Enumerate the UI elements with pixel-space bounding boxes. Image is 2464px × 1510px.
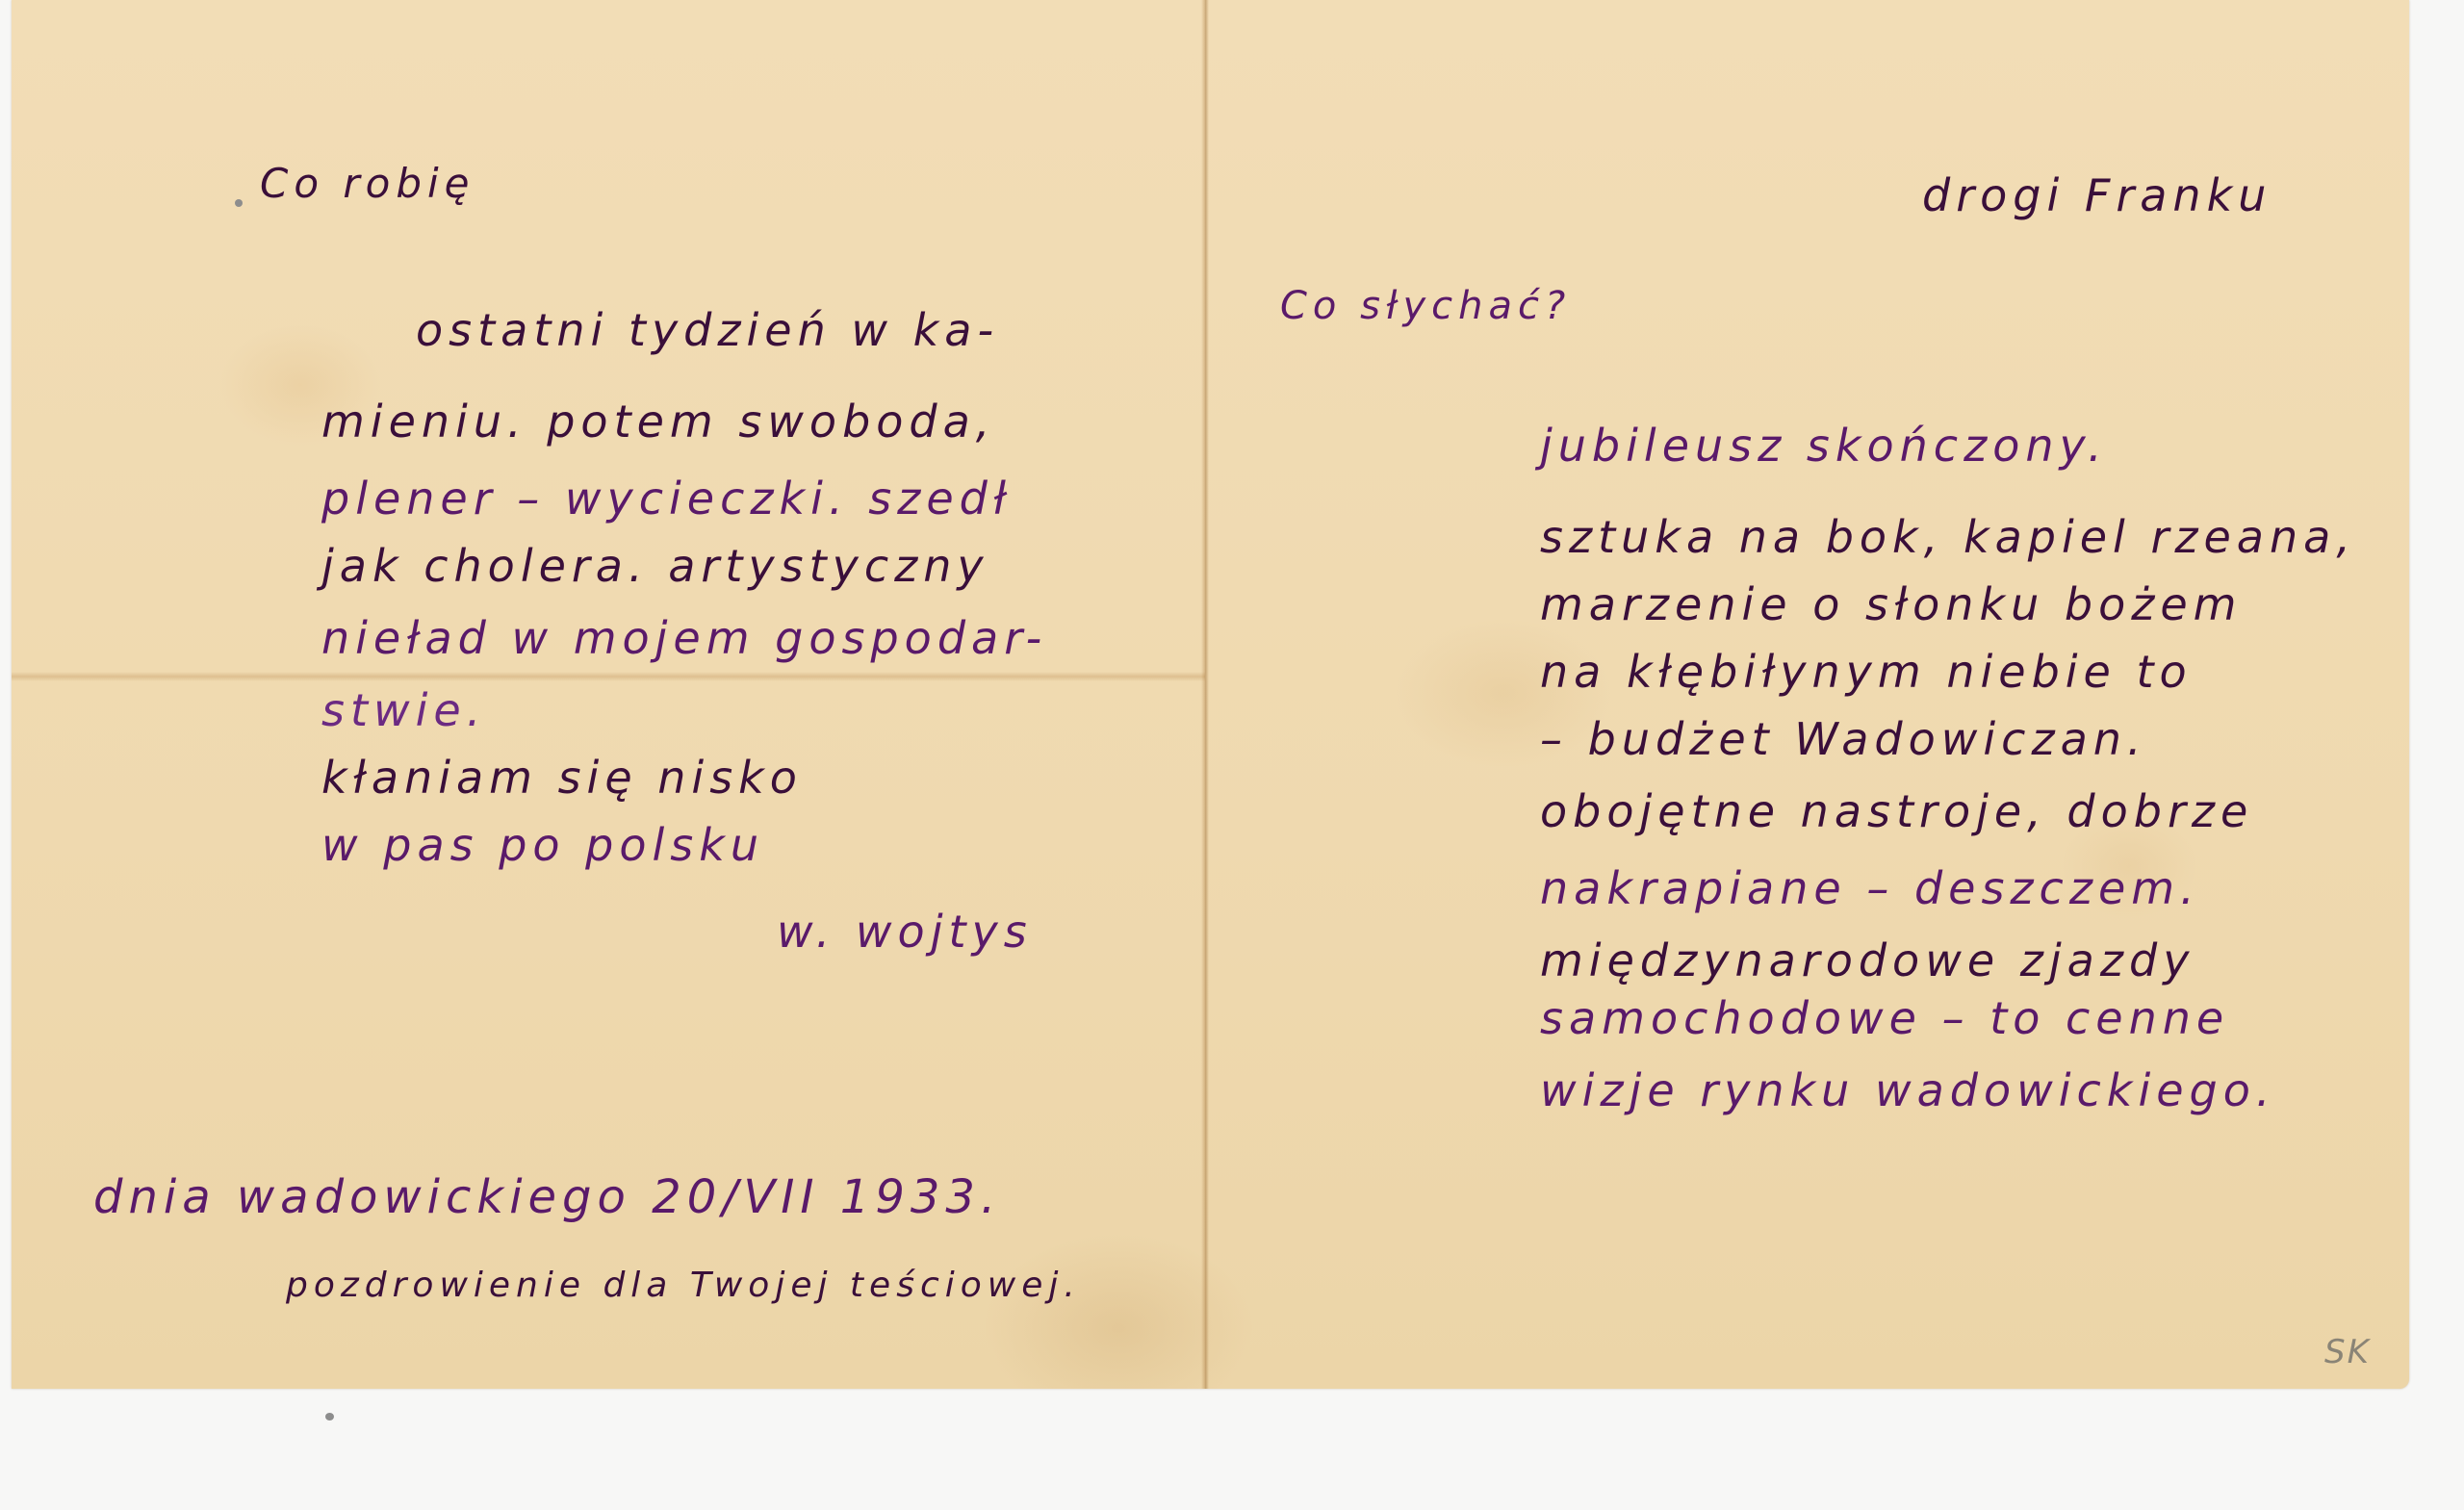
letter-sheet: Co robię ostatni tydzień w ka- mieniu. p… [12,0,2409,1389]
postscript: pozdrowienie dla Twojej teściowej. [286,1268,1081,1303]
left-heading: Co robię [260,164,475,204]
corner-pencil-mark: SK [2324,1333,2371,1371]
right-body-line: międzynarodowe zjazdy [1540,938,2194,983]
left-body-line: stwie. [321,688,486,732]
left-body-line: jak cholera. artystyczny [321,544,989,588]
left-body-line: kłaniam się nisko [321,755,803,800]
horizontal-fold [12,672,1205,681]
left-body-line: ostatni tydzień w ka- [416,308,999,352]
right-body-line: na kłębiłynym niebie to [1540,650,2193,694]
left-body-line: w pas po polsku [321,823,764,867]
right-body-line: wizje rynku wadowickiego. [1540,1068,2276,1113]
left-body-line: nieład w mojem gospodar- [321,616,1047,660]
right-body-line: nakrapiane – deszczem. [1540,866,2200,910]
scan-speck [325,1413,334,1420]
left-body-line: plener – wycieczki. szedł [321,476,1012,521]
salutation: drogi Franku [1922,173,2271,218]
right-body-line: jubileusz skończony. [1540,423,2108,468]
left-body-line: mieniu. potem swoboda, [321,399,995,444]
right-body-line: marzenie o słonku bożem [1540,582,2242,627]
signature: w. wojtys [777,909,1033,954]
opening-question: Co słychać? [1280,287,1571,325]
right-body-line: sztuka na bok, kapiel rzeana, [1540,515,2356,559]
right-body-line: obojętne nastroje, dobrze [1540,789,2253,833]
right-body-line: samochodowe – to cenne [1540,996,2229,1040]
date-line: dnia wadowickiego 20/VII 1933. [93,1174,1001,1220]
vertical-fold [1201,0,1209,1389]
ink-speck [235,199,243,207]
right-body-line: – budżet Wadowiczan. [1540,717,2147,761]
